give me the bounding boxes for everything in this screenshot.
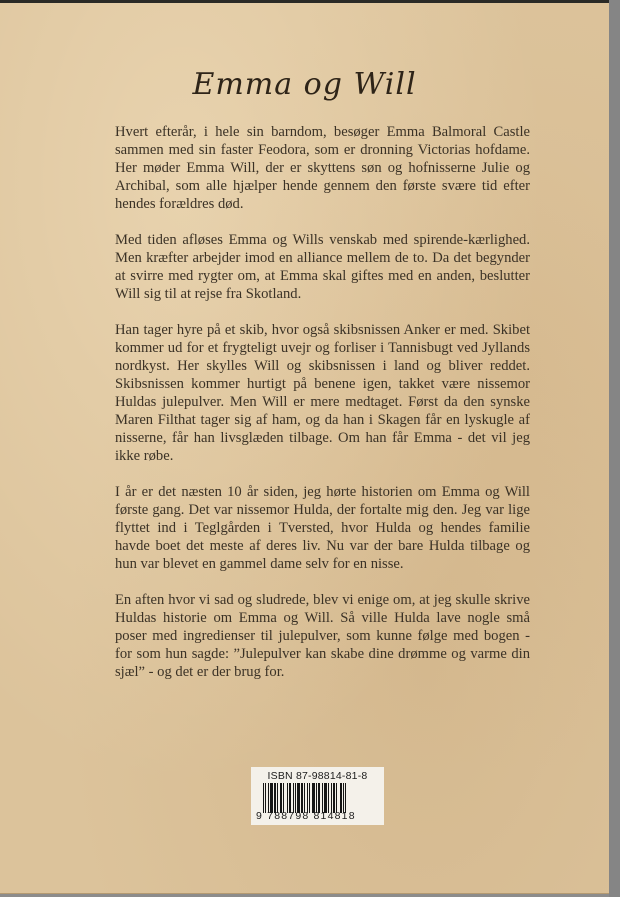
blurb-paragraph-4: I år er det næsten 10 år siden, jeg hørt… — [115, 483, 530, 573]
blurb-paragraph-3: Han tager hyre på et skib, hvor også ski… — [115, 321, 530, 465]
scan-right-edge — [609, 0, 620, 897]
book-title: Emma og Will — [0, 67, 609, 102]
blurb-paragraph-2: Med tiden afløses Emma og Wills venskab … — [115, 231, 530, 303]
isbn-number: ISBN 87-98814-81-8 — [255, 770, 380, 782]
ean-digits: 9 788798 814818 — [255, 811, 380, 822]
blurb-paragraph-5: En aften hvor vi sad og sludrede, blev v… — [115, 591, 530, 681]
isbn-barcode-label: ISBN 87-98814-81-8 9 788798 814818 — [251, 767, 384, 825]
barcode-icon — [255, 783, 380, 813]
blurb-paragraph-1: Hvert efterår, i hele sin barndom, besøg… — [115, 123, 530, 213]
blurb-text: Hvert efterår, i hele sin barndom, besøg… — [115, 123, 530, 699]
book-back-cover: Emma og Will Hvert efterår, i hele sin b… — [0, 3, 609, 894]
